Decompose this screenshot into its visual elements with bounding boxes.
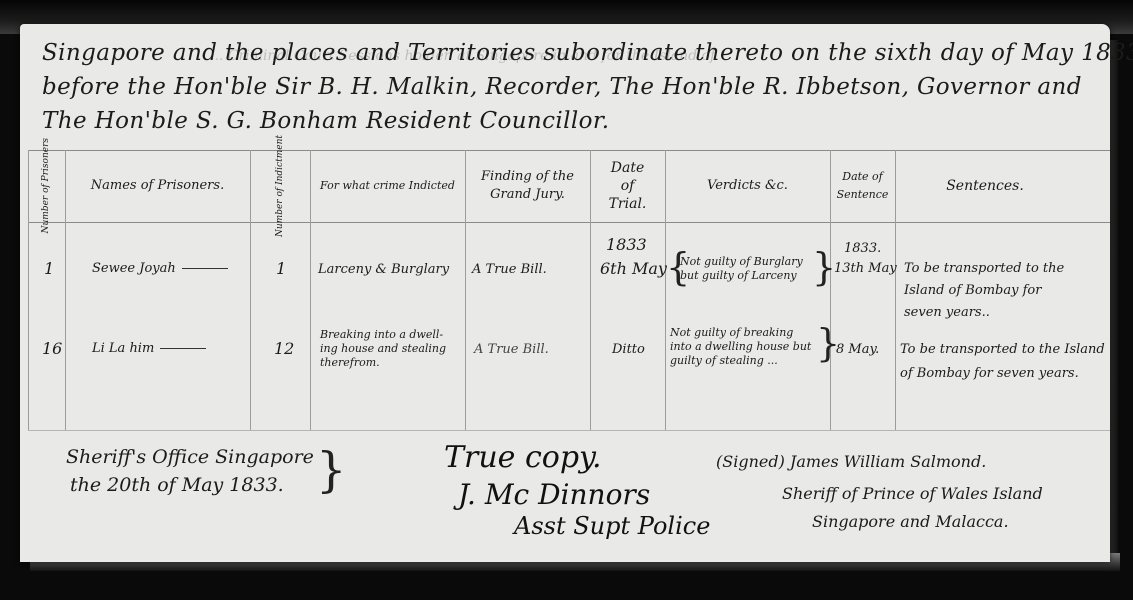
official-signature: J. Mc Dinnors [458, 478, 650, 511]
intro-line-3: The Hon'ble S. G. Bonham Resident Counci… [42, 108, 610, 134]
trial-year: 1833 [606, 236, 647, 253]
office-date-line: the 20th of May 1833. [70, 474, 284, 496]
trial-date: Ditto [612, 341, 645, 358]
signed-line: (Signed) James William Salmond. [716, 452, 986, 471]
sentence-text: To be transported to theIsland of Bombay… [904, 258, 1064, 324]
indictment-number: 12 [274, 340, 294, 357]
intro-line-2: before the Hon'ble Sir B. H. Malkin, Rec… [42, 74, 1082, 100]
sentence-text: To be transported to the Islandof Bombay… [900, 338, 1105, 386]
col-header-verdicts: Verdicts &c. [665, 150, 830, 222]
grand-jury-finding: A True Bill. [472, 261, 547, 278]
sentence-year: 1833. [844, 240, 881, 257]
prisoner-register-table: Number of Prisoners Names of Prisoners. … [28, 150, 1110, 430]
col-header-names: Names of Prisoners. [65, 150, 250, 222]
prisoner-name: Sewee Joyah [92, 260, 228, 277]
sentence-date: 8 May. [836, 341, 879, 358]
col-header-crime: For what crime Indicted [310, 150, 465, 222]
prisoner-number: 1 [44, 260, 54, 277]
verdict: Not guilty of breakinginto a dwelling ho… [670, 326, 811, 368]
police-superintendent-signature: Asst Supt Police [514, 512, 710, 540]
col-header-indictment-number: Number of Indictment [250, 150, 310, 222]
sheriff-title-line: Sheriff of Prince of Wales Island [782, 484, 1043, 503]
grand-jury-finding: A True Bill. [474, 341, 549, 358]
true-copy-signature: True copy. [444, 440, 602, 475]
col-header-prisoner-number: Number of Prisoners [28, 150, 65, 222]
crime: Breaking into a dwell-ing house and stea… [320, 328, 446, 370]
col-header-date-of-sentence: Date of Sentence [830, 150, 895, 222]
prisoner-number: 16 [42, 340, 62, 357]
prisoner-name: Li La him [92, 340, 206, 357]
sheriff-office-line: Sheriff's Office Singapore [66, 446, 314, 468]
col-header-sentences: Sentences. [895, 150, 1075, 222]
verdict: Not guilty of Burglarybut guilty of Larc… [680, 255, 803, 283]
sentence-date: 13th May [834, 260, 897, 277]
col-header-date-of-trial: Date of Trial. [590, 150, 665, 222]
col-header-grand-jury: Finding of the Grand Jury. [465, 150, 590, 222]
crime: Larceny & Burglary [318, 261, 449, 278]
trial-date: 6th May [600, 260, 667, 277]
office-brace: } [316, 446, 347, 494]
jurisdiction-line: Singapore and Malacca. [812, 512, 1009, 531]
verdict-brace-right: } [812, 248, 836, 286]
intro-line-1: Singapore and the places and Territories… [42, 40, 1133, 66]
indictment-number: 1 [276, 260, 286, 277]
